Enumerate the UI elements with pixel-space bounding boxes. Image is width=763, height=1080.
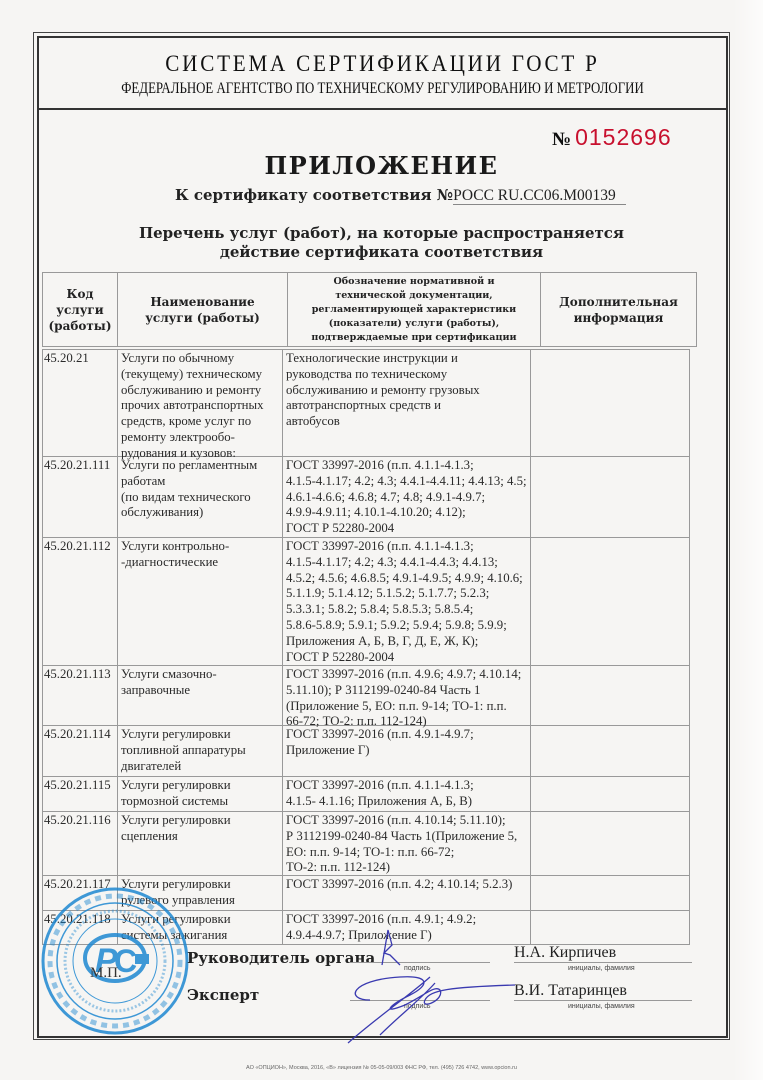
header-code-label: Код услуги (работы) xyxy=(49,286,112,334)
expert-name-caption: инициалы, фамилия xyxy=(568,1003,635,1010)
seal-label: М.П. xyxy=(90,965,122,982)
cell-docs: ГОСТ 33997-2016 (п.п. 4.9.6; 4.9.7; 4.10… xyxy=(283,666,531,725)
cell-docs: ГОСТ 33997-2016 (п.п. 4.10.14; 5.11.10);… xyxy=(283,812,531,875)
subtitle-line-2: действие сертификата соответствия xyxy=(0,243,763,262)
services-table: 45.20.21 Услуги по обычному (текущему) т… xyxy=(42,349,690,945)
cell-docs: Технологические инструкции и руководства… xyxy=(283,350,531,456)
cell-name: Услуги смазочно- заправочные xyxy=(118,666,283,725)
cell-name: Услуги по регламентным работам (по видам… xyxy=(118,457,283,537)
cell-info xyxy=(531,350,690,456)
table-row: 45.20.21.115 Услуги регулировки тормозно… xyxy=(42,777,690,812)
cell-info xyxy=(531,538,690,665)
cell-docs: ГОСТ 33997-2016 (п.п. 4.1.1-4.1.3; 4.1.5… xyxy=(283,457,531,537)
official-seal-stamp: P C xyxy=(40,886,190,1036)
cell-code: 45.20.21 xyxy=(42,350,118,456)
table-row: 45.20.21.111 Услуги по регламентным рабо… xyxy=(42,457,690,538)
cell-code: 45.20.21.113 xyxy=(42,666,118,725)
cell-name: Услуги регулировки сцепления xyxy=(118,812,283,875)
cell-name: Услуги регулировки топливной аппаратуры … xyxy=(118,726,283,776)
header-service-name-label: Наименование услуги (работы) xyxy=(145,294,260,326)
printer-info: АО «ОПЦИОН», Москва, 2016, «В» лицензия … xyxy=(0,1065,763,1071)
head-name: Н.А. Кирпичев xyxy=(514,944,616,962)
reference-label: К сертификату соответствия № xyxy=(175,186,453,204)
table-row: 45.20.21.116 Услуги регулировки сцеплени… xyxy=(42,812,690,876)
document-title: ПРИЛОЖЕНИЕ xyxy=(0,151,763,180)
header-normative-docs-label: Обозначение нормативной и технической до… xyxy=(311,275,516,345)
table-row: 45.20.21.112 Услуги контрольно- -диагнос… xyxy=(42,538,690,666)
table-row: 45.20.21.113 Услуги смазочно- заправочны… xyxy=(42,666,690,726)
header-code: Код услуги (работы) xyxy=(43,273,118,346)
expert-name-line xyxy=(514,1000,692,1001)
expert-name: В.И. Татаринцев xyxy=(514,982,627,1000)
cell-name: Услуги регулировки тормозной системы xyxy=(118,777,283,811)
form-number-label: № xyxy=(552,129,571,150)
cell-info xyxy=(531,666,690,725)
certificate-reference: К сертификату соответствия №РОСС RU.CC06… xyxy=(175,186,626,205)
cell-info xyxy=(531,812,690,875)
header-service-name: Наименование услуги (работы) xyxy=(118,273,288,346)
document-subtitle: Перечень услуг (работ), на которые распр… xyxy=(0,224,763,262)
cell-info xyxy=(531,777,690,811)
cell-docs: ГОСТ 33997-2016 (п.п. 4.1.1-4.1.3; 4.1.5… xyxy=(283,777,531,811)
cell-docs: ГОСТ 33997-2016 (п.п. 4.9.1-4.9.7; Прило… xyxy=(283,726,531,776)
agency-title: ФЕДЕРАЛЬНОЕ АГЕНТСТВО ПО ТЕХНИЧЕСКОМУ РЕ… xyxy=(97,80,667,98)
header-normative-docs: Обозначение нормативной и технической до… xyxy=(288,273,541,346)
cell-name: Услуги по обычному (текущему) техническо… xyxy=(118,350,283,456)
cell-info xyxy=(531,457,690,537)
cell-info xyxy=(531,726,690,776)
cell-name: Услуги контрольно- -диагностические xyxy=(118,538,283,665)
cell-info xyxy=(531,911,690,944)
header-additional-info: Дополнительная информация xyxy=(541,273,697,346)
cell-info xyxy=(531,876,690,910)
cell-code: 45.20.21.116 xyxy=(42,812,118,875)
form-number: №0152696 xyxy=(552,124,672,151)
expert-signature-icon xyxy=(340,965,520,1045)
table-row: 45.20.21 Услуги по обычному (текущему) т… xyxy=(42,350,690,457)
cell-docs: ГОСТ 33997-2016 (п.п. 4.2; 4.10.14; 5.2.… xyxy=(283,876,531,910)
table-row: 45.20.21.114 Услуги регулировки топливно… xyxy=(42,726,690,777)
expert-label: Эксперт xyxy=(187,986,259,1004)
subtitle-line-1: Перечень услуг (работ), на которые распр… xyxy=(0,224,763,243)
form-number-value: 0152696 xyxy=(575,124,672,150)
certificate-header: СИСТЕМА СЕРТИФИКАЦИИ ГОСТ Р ФЕДЕРАЛЬНОЕ … xyxy=(39,38,726,110)
cell-code: 45.20.21.115 xyxy=(42,777,118,811)
reference-value: РОСС RU.CC06.M00139 xyxy=(453,187,626,205)
head-signature-icon xyxy=(370,925,410,970)
header-additional-info-label: Дополнительная информация xyxy=(559,294,678,326)
table-header: Код услуги (работы) Наименование услуги … xyxy=(42,272,697,347)
cell-code: 45.20.21.112 xyxy=(42,538,118,665)
cell-code: 45.20.21.114 xyxy=(42,726,118,776)
cell-docs: ГОСТ 33997-2016 (п.п. 4.1.1-4.1.3; 4.1.5… xyxy=(283,538,531,665)
system-title: СИСТЕМА СЕРТИФИКАЦИИ ГОСТ Р xyxy=(66,51,698,77)
head-name-line xyxy=(514,962,692,963)
cell-code: 45.20.21.111 xyxy=(42,457,118,537)
head-name-caption: инициалы, фамилия xyxy=(568,965,635,972)
